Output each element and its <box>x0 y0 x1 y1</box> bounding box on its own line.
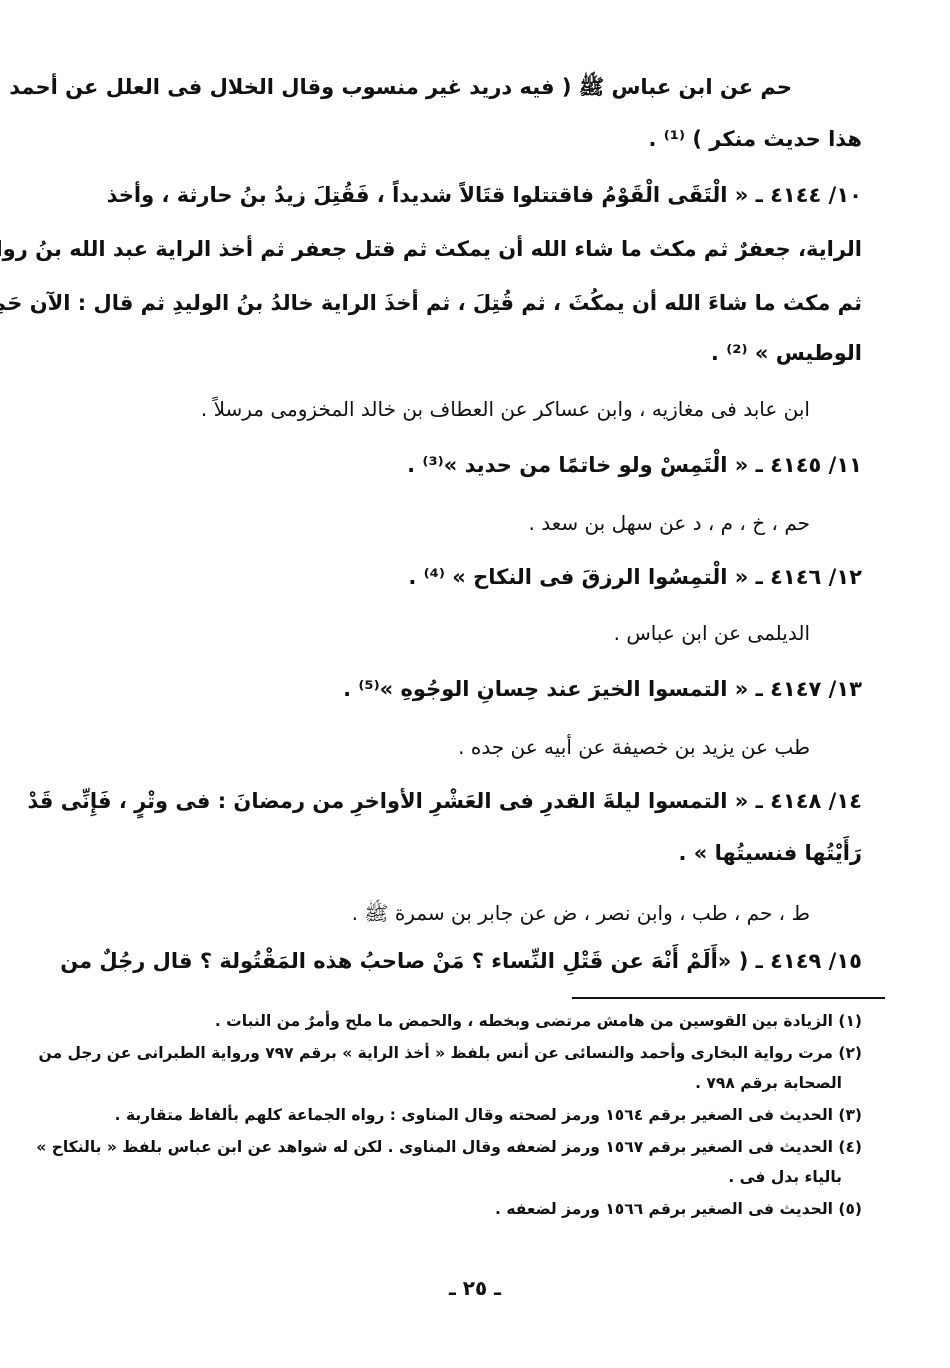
footnote-1: (١) الزيادة بين القوسين من هامش مرتضى وب… <box>215 1010 862 1032</box>
source-4144: ابن عابد فى مغازيه ، وابن عساكر عن العطا… <box>201 394 810 424</box>
footnote-2-line-2: الصحابة برقم ٧٩٨ . <box>695 1072 842 1094</box>
hadith-4144-line-4: الوطيس » ⁽²⁾ . <box>711 338 862 368</box>
hadith-4146: ١٢/ ٤١٤٦ ـ « الْتمِسُوا الرزقَ فى النكاح… <box>408 562 862 592</box>
footnote-5: (٥) الحديث فى الصغير برقم ١٥٦٦ ورمز لضعف… <box>495 1198 862 1220</box>
hadith-4148-line-2: رَأَيْتُها فنسيتُها » . <box>678 838 862 868</box>
footnote-4-line-1: (٤) الحديث فى الصغير برقم ١٥٦٧ ورمز لضعف… <box>36 1136 862 1158</box>
hadith-4144-line-3: ثم مكث ما شاءَ الله أن يمكُثَ ، ثم قُتِل… <box>0 288 862 318</box>
footnote-3: (٣) الحديث فى الصغير برقم ١٥٦٤ ورمز لصحت… <box>115 1104 862 1126</box>
hadith-4149-line-1: ١٥/ ٤١٤٩ ـ ( «أَلَمْ أَنْهَ عن قَتْلِ ال… <box>60 946 862 976</box>
footnote-separator <box>572 997 885 999</box>
hadith-4147: ١٣/ ٤١٤٧ ـ « التمسوا الخيرَ عند حِسانِ ا… <box>343 674 862 704</box>
source-4146: الديلمى عن ابن عباس . <box>614 618 810 648</box>
footnote-2-line-1: (٢) مرت رواية البخارى وأحمد والنسائى عن … <box>39 1042 862 1064</box>
page-number: ـ ٢٥ ـ <box>430 1276 520 1300</box>
text-line-1: حم عن ابن عباس ﷺ ( فيه دريد غير منسوب وق… <box>0 72 792 102</box>
text-line-2: هذا حديث منكر ) ⁽¹⁾ . <box>648 124 862 154</box>
hadith-4148-line-1: ١٤/ ٤١٤٨ ـ « التمسوا ليلةَ القدرِ فى الع… <box>28 786 862 816</box>
hadith-4144-line-1: ١٠/ ٤١٤٤ ـ « الْتَقَى الْقَوْمُ فاقتتلوا… <box>107 180 862 210</box>
source-4147: طب عن يزيد بن خصيفة عن أبيه عن جده . <box>458 732 810 762</box>
book-page: حم عن ابن عباس ﷺ ( فيه دريد غير منسوب وق… <box>0 0 950 1368</box>
source-4145: حم ، خ ، م ، د عن سهل بن سعد . <box>528 508 810 538</box>
hadith-4144-line-2: الراية، جعفرٌ ثم مكث ما شاء الله أن يمكث… <box>0 234 862 264</box>
source-4148: ط ، حم ، طب ، وابن نصر ، ض عن جابر بن سم… <box>352 898 810 928</box>
footnote-4-line-2: بالياء بدل فى . <box>728 1166 842 1188</box>
hadith-4145: ١١/ ٤١٤٥ ـ « الْتَمِسْ ولو خاتمًا من حدي… <box>407 450 862 480</box>
